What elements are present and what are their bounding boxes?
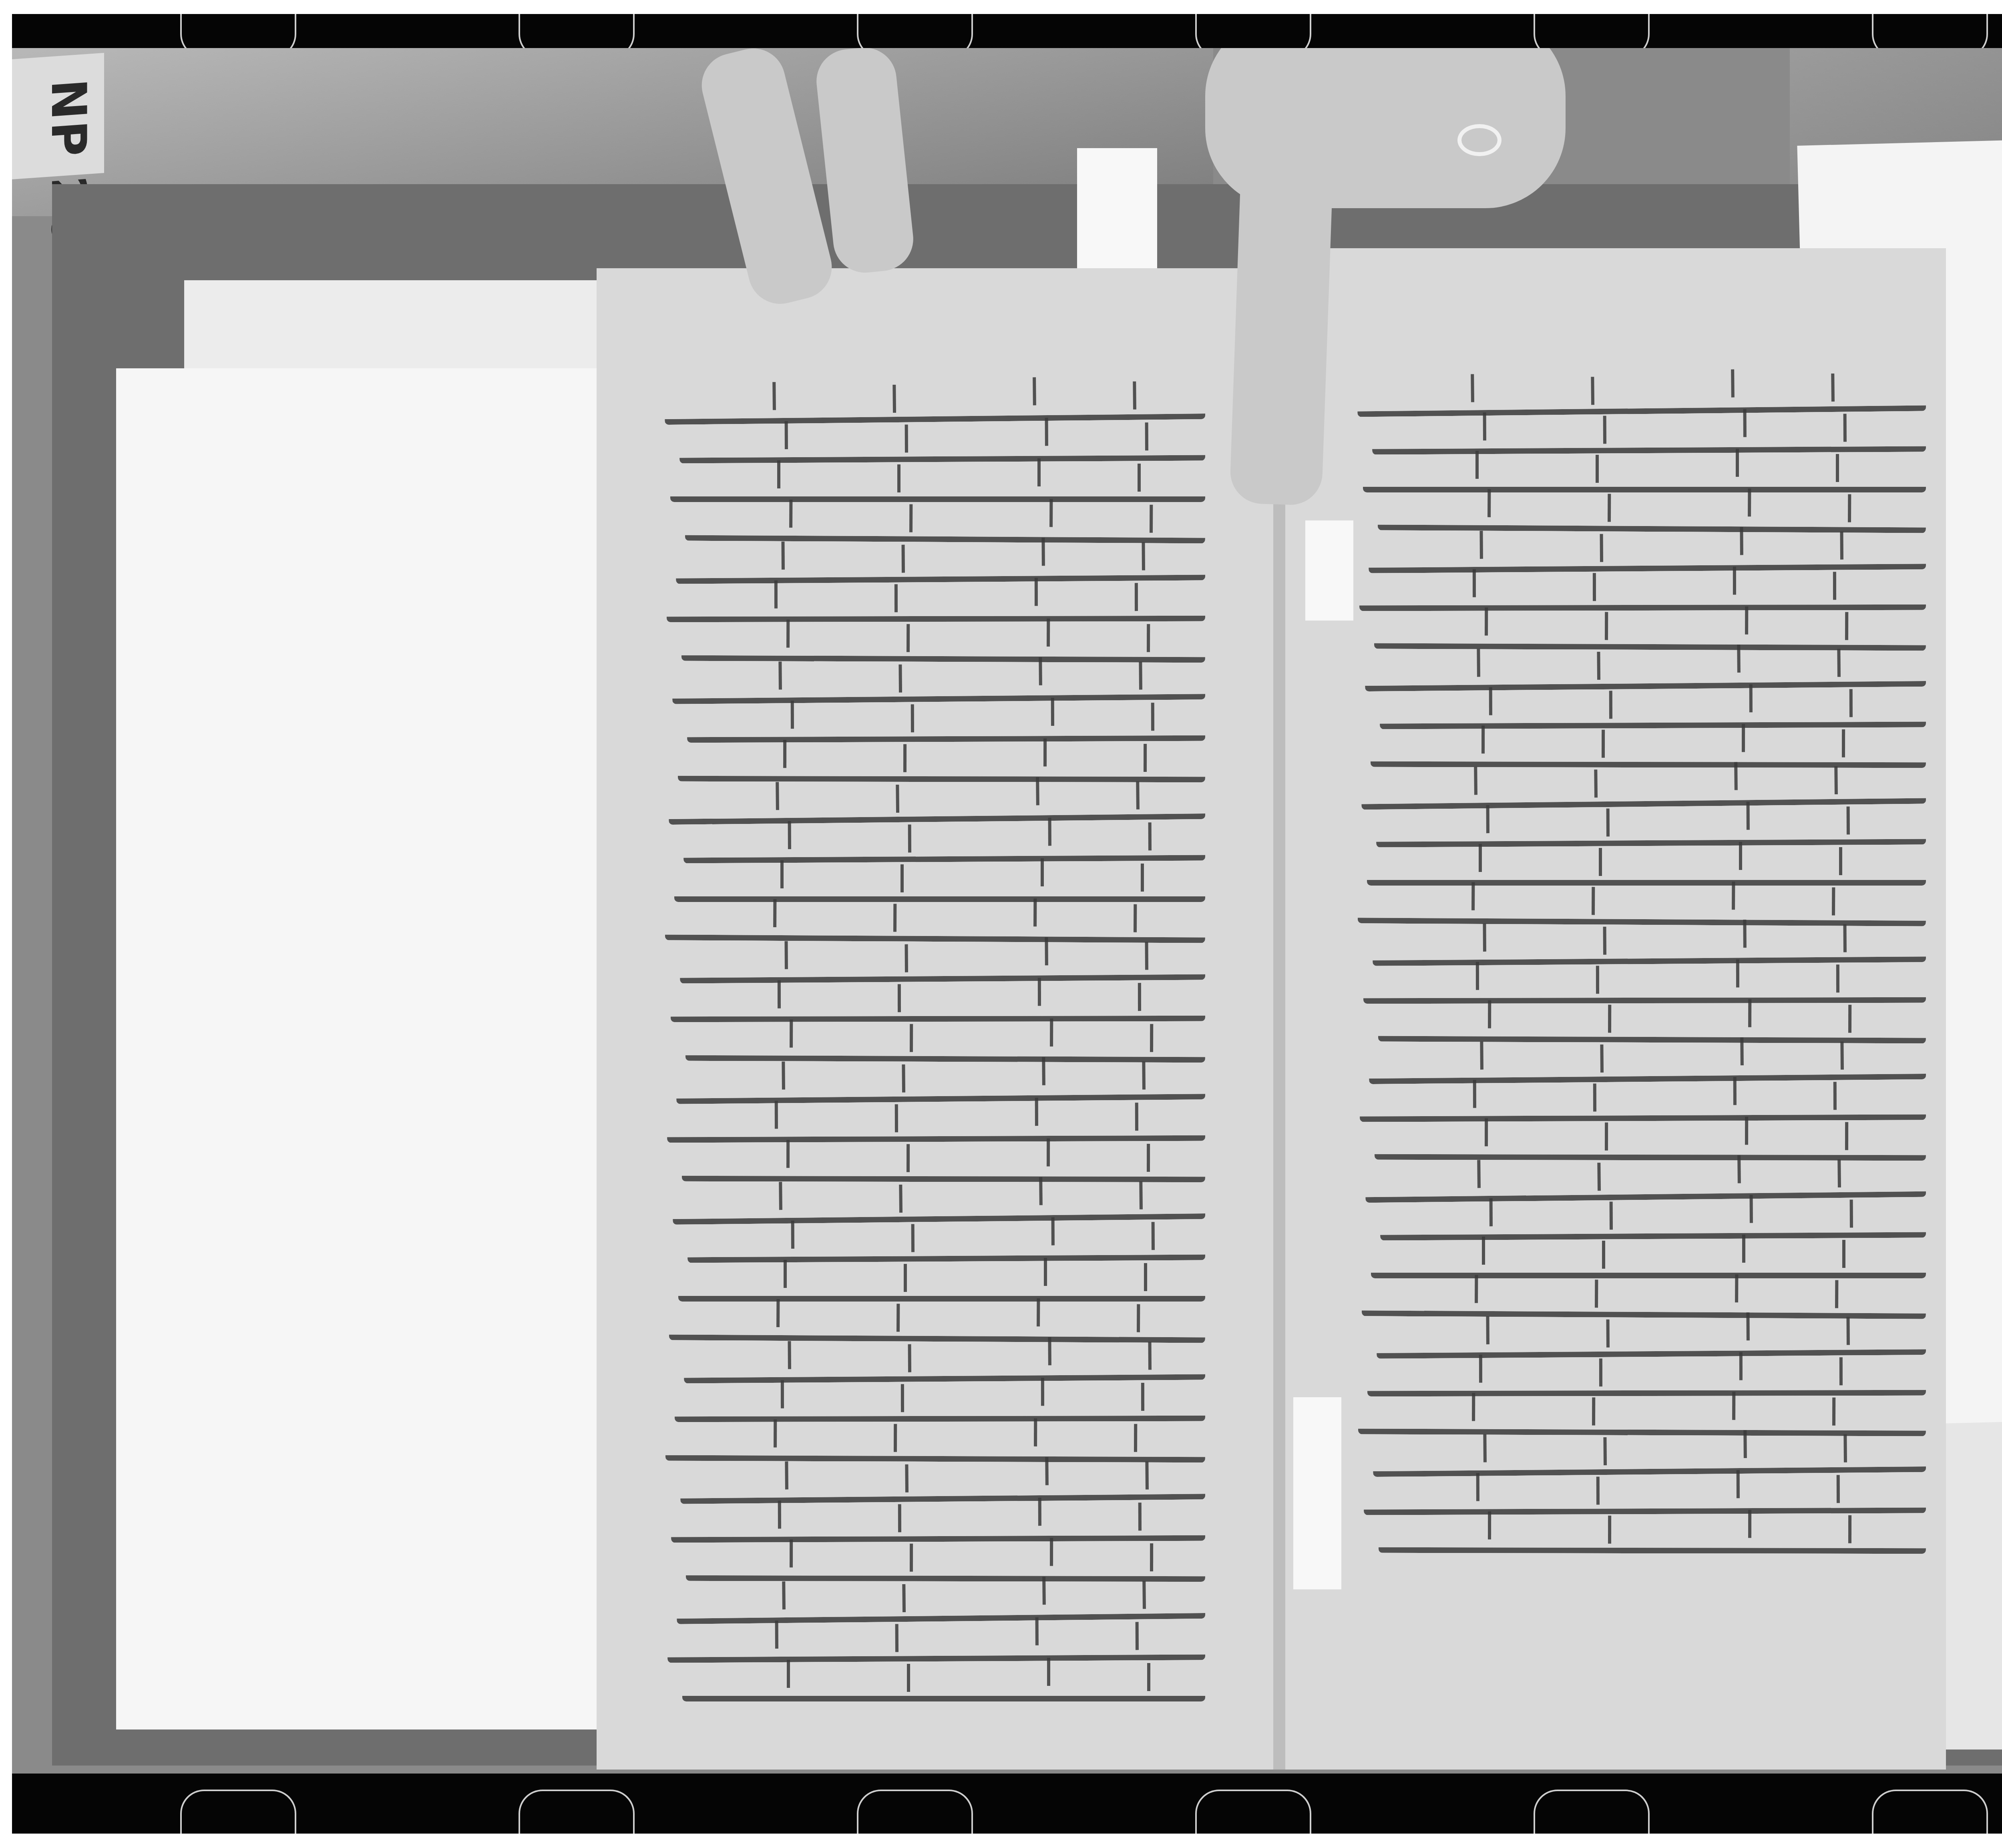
handwritten-line — [1362, 1294, 1926, 1319]
handwritten-line — [677, 1597, 1205, 1624]
handwritten-line — [1365, 665, 1926, 691]
handwritten-line — [1358, 902, 1926, 926]
handwritten-line — [686, 1559, 1205, 1582]
handwritten-line — [682, 1159, 1205, 1182]
handwritten-line — [671, 1519, 1205, 1543]
handwritten-line — [667, 600, 1205, 622]
handwritten-line — [1371, 745, 1926, 768]
handwritten-line — [1371, 1257, 1926, 1278]
handwritten-line — [672, 678, 1205, 704]
handwritten-line — [1360, 1099, 1926, 1122]
handwritten-line — [683, 839, 1205, 863]
left-page-text-block — [665, 400, 1205, 1701]
hand-right-index-finger — [1229, 48, 1337, 506]
handwritten-line — [1373, 940, 1926, 966]
handwritten-line — [681, 639, 1205, 663]
handwritten-line — [678, 760, 1205, 782]
handwritten-line — [1367, 864, 1926, 886]
handwritten-line — [665, 398, 1205, 425]
handwritten-line — [1372, 430, 1926, 455]
ring-on-finger — [1457, 124, 1501, 156]
handwritten-line — [687, 719, 1205, 743]
handwritten-line — [676, 558, 1205, 584]
handwritten-line — [670, 480, 1205, 502]
handwritten-line — [667, 1639, 1205, 1663]
paper-slip-top — [1077, 148, 1157, 268]
handwritten-line — [669, 1319, 1205, 1343]
sprocket-hole — [1195, 1790, 1311, 1834]
handwritten-line — [1378, 509, 1926, 533]
handwritten-line — [671, 1000, 1205, 1022]
handwritten-line — [1380, 706, 1926, 729]
handwritten-line — [1378, 1020, 1926, 1044]
manuscript-left-page — [597, 268, 1277, 1770]
handwritten-line — [676, 1078, 1205, 1104]
sprocket-hole — [1534, 1790, 1650, 1834]
handwritten-line — [685, 1039, 1205, 1063]
handwritten-line — [1380, 1216, 1926, 1240]
handwritten-line — [1358, 1413, 1926, 1436]
handwritten-line — [1373, 1450, 1926, 1477]
handwritten-line — [678, 1280, 1205, 1302]
handwritten-line — [680, 1478, 1205, 1504]
handwritten-line — [682, 1680, 1205, 1701]
handwritten-line — [1357, 390, 1926, 417]
sprocket-hole — [1872, 1790, 1988, 1834]
handwritten-line — [1359, 588, 1926, 611]
right-page-text-block — [1357, 392, 1926, 1553]
handwritten-line — [1361, 782, 1926, 810]
paper-sheet-left — [116, 368, 677, 1729]
handwritten-line — [1374, 627, 1926, 651]
handwritten-line — [673, 1197, 1205, 1225]
sprocket-holes-bottom — [12, 1778, 2002, 1834]
manuscript-right-page — [1285, 248, 1946, 1770]
handwritten-line — [1364, 1491, 1926, 1515]
sprocket-hole — [519, 1790, 635, 1834]
handwritten-line — [680, 958, 1205, 984]
handwritten-line — [687, 1239, 1205, 1263]
handwritten-line — [665, 919, 1205, 943]
handwritten-line — [1377, 1333, 1926, 1359]
handwritten-line — [1365, 1175, 1926, 1203]
catalog-label: NP 20 — [12, 53, 104, 179]
handwritten-line — [665, 1439, 1205, 1462]
handwritten-line — [669, 797, 1205, 825]
handwritten-line — [679, 439, 1205, 463]
sprocket-hole — [857, 1790, 973, 1834]
handwritten-line — [675, 1400, 1205, 1422]
handwritten-line — [1369, 548, 1926, 573]
handwritten-line — [1369, 1058, 1926, 1084]
paper-slip-middle — [1305, 520, 1353, 621]
handwritten-line — [1367, 1374, 1926, 1396]
handwritten-line — [1379, 1531, 1926, 1553]
sprocket-hole — [180, 1790, 296, 1834]
handwritten-line — [1376, 823, 1926, 848]
handwritten-line — [684, 1358, 1205, 1383]
handwritten-line — [667, 1119, 1205, 1143]
handwritten-line — [1363, 981, 1926, 1004]
handwritten-line — [685, 519, 1205, 543]
handwritten-line — [1375, 1138, 1926, 1161]
photo-frame: NP 20 — [12, 48, 2002, 1774]
paper-slip-lower — [1293, 1397, 1341, 1589]
handwritten-line — [674, 880, 1205, 902]
handwritten-line — [1363, 471, 1926, 492]
